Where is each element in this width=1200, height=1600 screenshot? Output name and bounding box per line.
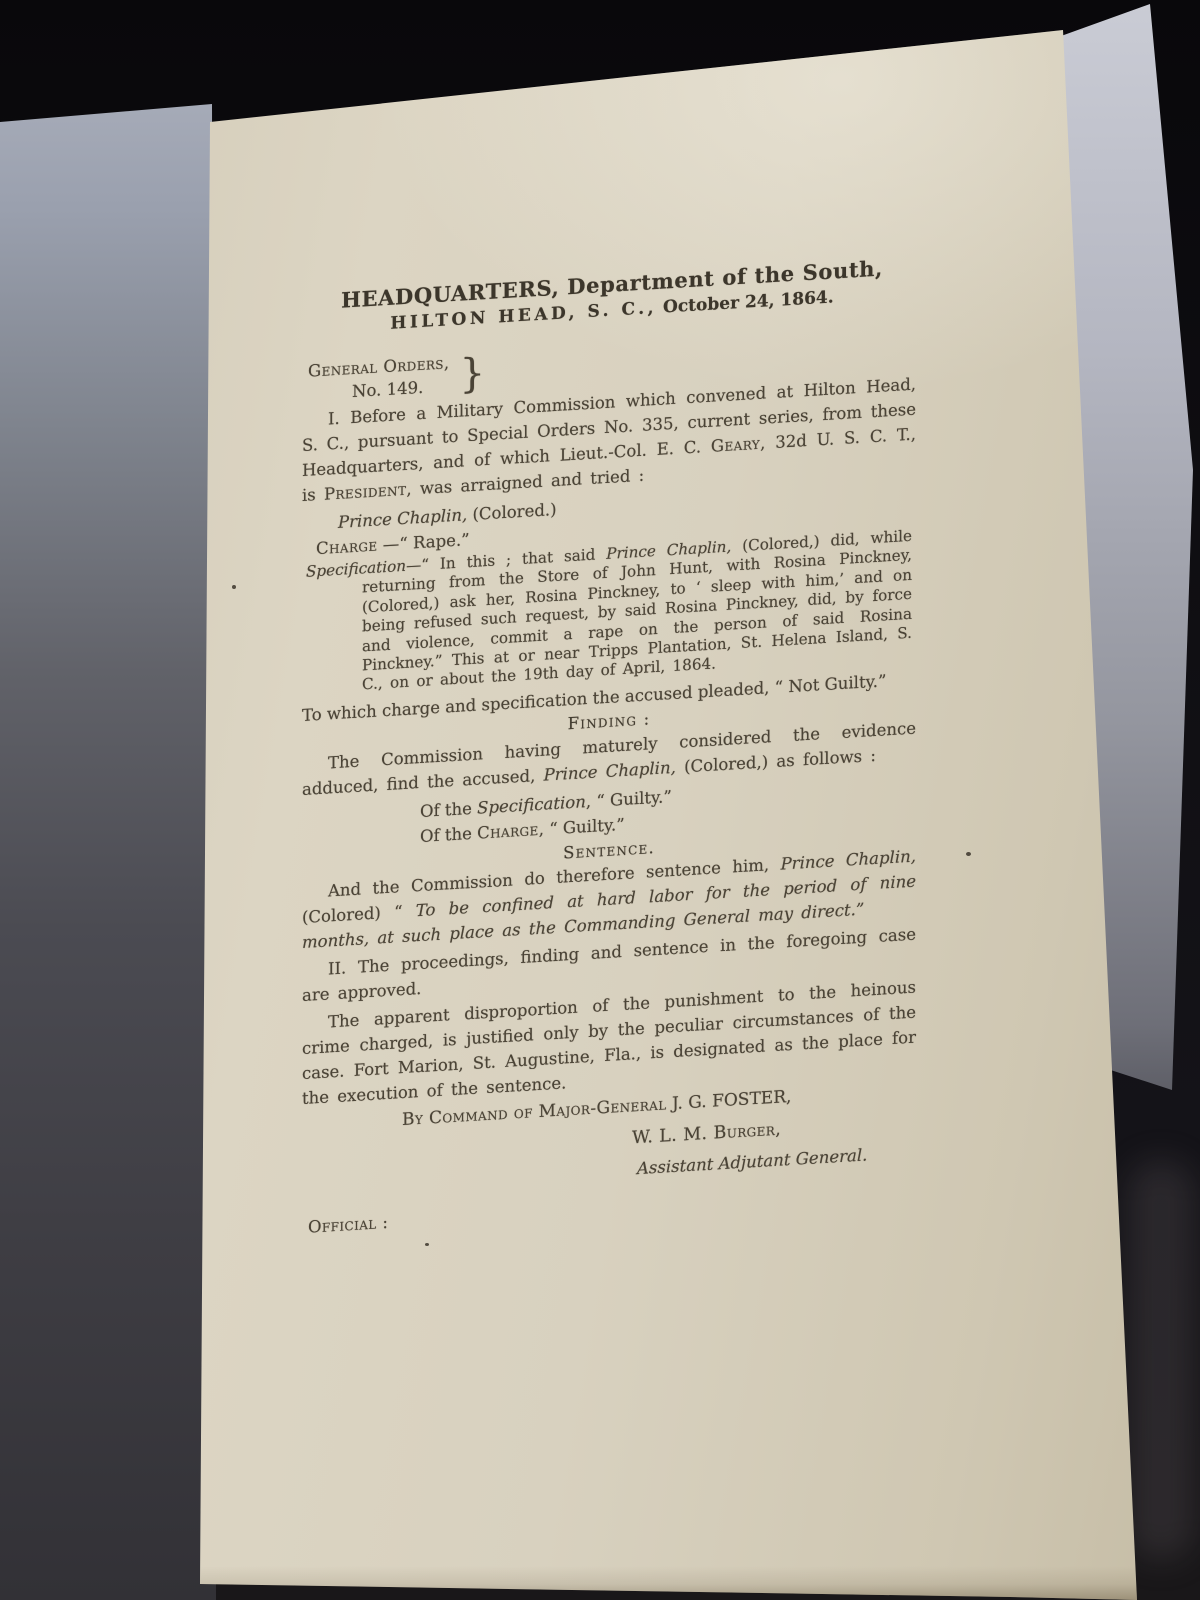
text-run: Geary xyxy=(711,434,760,456)
general-orders-lines: General Orders, No. 149. xyxy=(308,351,450,405)
text-run: , “ Guilty.” xyxy=(539,815,625,839)
text-run: (Colored.) xyxy=(467,500,556,524)
signature-name: W. L. M. Burger, xyxy=(632,1118,781,1152)
document-text-column: HEADQUARTERS, Department of the South, H… xyxy=(302,253,930,1255)
paper-speck xyxy=(966,852,971,856)
text-run: Prince Chaplin, xyxy=(544,758,676,785)
text-run: President xyxy=(324,480,406,504)
text-run: Of the xyxy=(420,799,477,821)
text-run: (Colored) “ xyxy=(302,901,416,927)
text-run: , “ Guilty.” xyxy=(586,787,672,811)
text-run: Charge xyxy=(316,536,378,559)
text-run: J. G. FOSTER, xyxy=(667,1087,792,1114)
paper-speck xyxy=(232,585,236,589)
text-run: —“ Rape.” xyxy=(378,530,470,554)
text-run: Of the xyxy=(420,824,477,846)
sleeve-reflection xyxy=(1128,1160,1194,1560)
general-orders-number: No. 149. xyxy=(352,374,450,403)
text-run: Prince Chaplin, xyxy=(781,847,916,874)
orders-brace-glyph: } xyxy=(460,349,485,399)
text-run: W. L. M. Burger, xyxy=(632,1120,781,1149)
plastic-sleeve-left-edge xyxy=(0,0,216,1600)
text-run: Specification xyxy=(477,792,586,817)
text-run: Assistant Adjutant General. xyxy=(637,1145,867,1178)
text-run: (Colored,) as follows : xyxy=(676,746,876,777)
official-line: Official : xyxy=(308,1210,388,1240)
text-run: Charge xyxy=(477,820,539,843)
